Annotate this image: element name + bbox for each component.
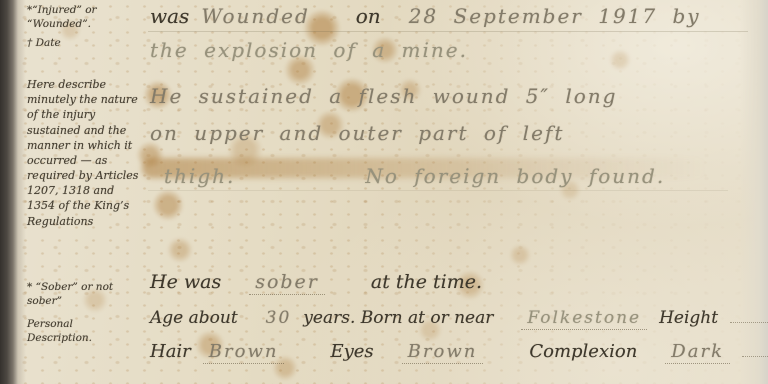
- handwritten-text: on upper and outer part of left: [150, 121, 564, 145]
- handwritten-text: No foreign body found.: [365, 164, 665, 188]
- page-left-edge: [0, 0, 26, 384]
- handwritten-text: Brown: [402, 341, 484, 364]
- handwritten-text: Wounded: [201, 4, 309, 28]
- handwritten-line-explosion: the explosion of a mine.: [150, 38, 480, 62]
- printed-form-text: Height: [659, 308, 718, 328]
- margin-note-date: † Date: [27, 36, 139, 50]
- writing-rule: [148, 190, 728, 191]
- margin-note-sober-or-not: * “Sober” or not sober”: [27, 280, 139, 309]
- handwritten-text: sober: [249, 271, 325, 295]
- scanned-document-page: *“Injured” or “Wounded”. † Date Here des…: [0, 0, 768, 384]
- printed-form-text: Complexion: [529, 341, 637, 362]
- dotted-blank: [742, 338, 768, 357]
- dotted-blank: [730, 305, 768, 323]
- printed-form-text: was: [150, 4, 189, 28]
- handwritten-text: 28 September 1917 by: [409, 4, 701, 28]
- margin-note-personal-description: Personal Description.: [27, 317, 139, 346]
- margin-note-injured-or-wounded: *“Injured” or “Wounded”.: [27, 3, 139, 32]
- handwritten-text: 30: [266, 308, 292, 328]
- printed-form-text: Age about: [150, 308, 238, 328]
- handwritten-text: the explosion of a mine.: [150, 38, 468, 62]
- printed-form-text: He was: [150, 271, 221, 293]
- printed-form-text: years. Born at or near: [303, 308, 493, 328]
- form-line-hair-eyes-complexion: Hair Brown Eyes Brown Complexion Dark: [150, 338, 768, 364]
- handwritten-text: thigh.: [164, 164, 235, 188]
- printed-form-text: Eyes: [330, 341, 373, 362]
- printed-form-text: Hair: [150, 341, 191, 362]
- handwritten-line-thigh-no-foreign-body: thigh. No foreign body found.: [150, 164, 677, 188]
- handwritten-line-wounded-date: was Wounded on 28 September 1917 by: [150, 4, 713, 28]
- printed-form-text: at the time.: [371, 271, 482, 293]
- form-line-age-born: Age about 30 years. Born at or near Folk…: [150, 305, 768, 330]
- handwritten-text: He sustained a flesh wound 5″ long: [150, 84, 617, 108]
- handwritten-text: Folkestone: [521, 308, 647, 330]
- printed-form-text: on: [356, 4, 381, 28]
- handwritten-text: Dark: [665, 341, 730, 364]
- writing-rule: [148, 31, 748, 32]
- handwritten-line-upper-outer: on upper and outer part of left: [150, 121, 576, 145]
- handwritten-line-flesh-wound: He sustained a flesh wound 5″ long: [150, 84, 629, 108]
- margin-note-describe-instruction: Here describe minutely the nature of the…: [27, 77, 139, 229]
- form-line-sober: He was sober at the time.: [150, 271, 494, 295]
- handwritten-text: Brown: [203, 341, 285, 364]
